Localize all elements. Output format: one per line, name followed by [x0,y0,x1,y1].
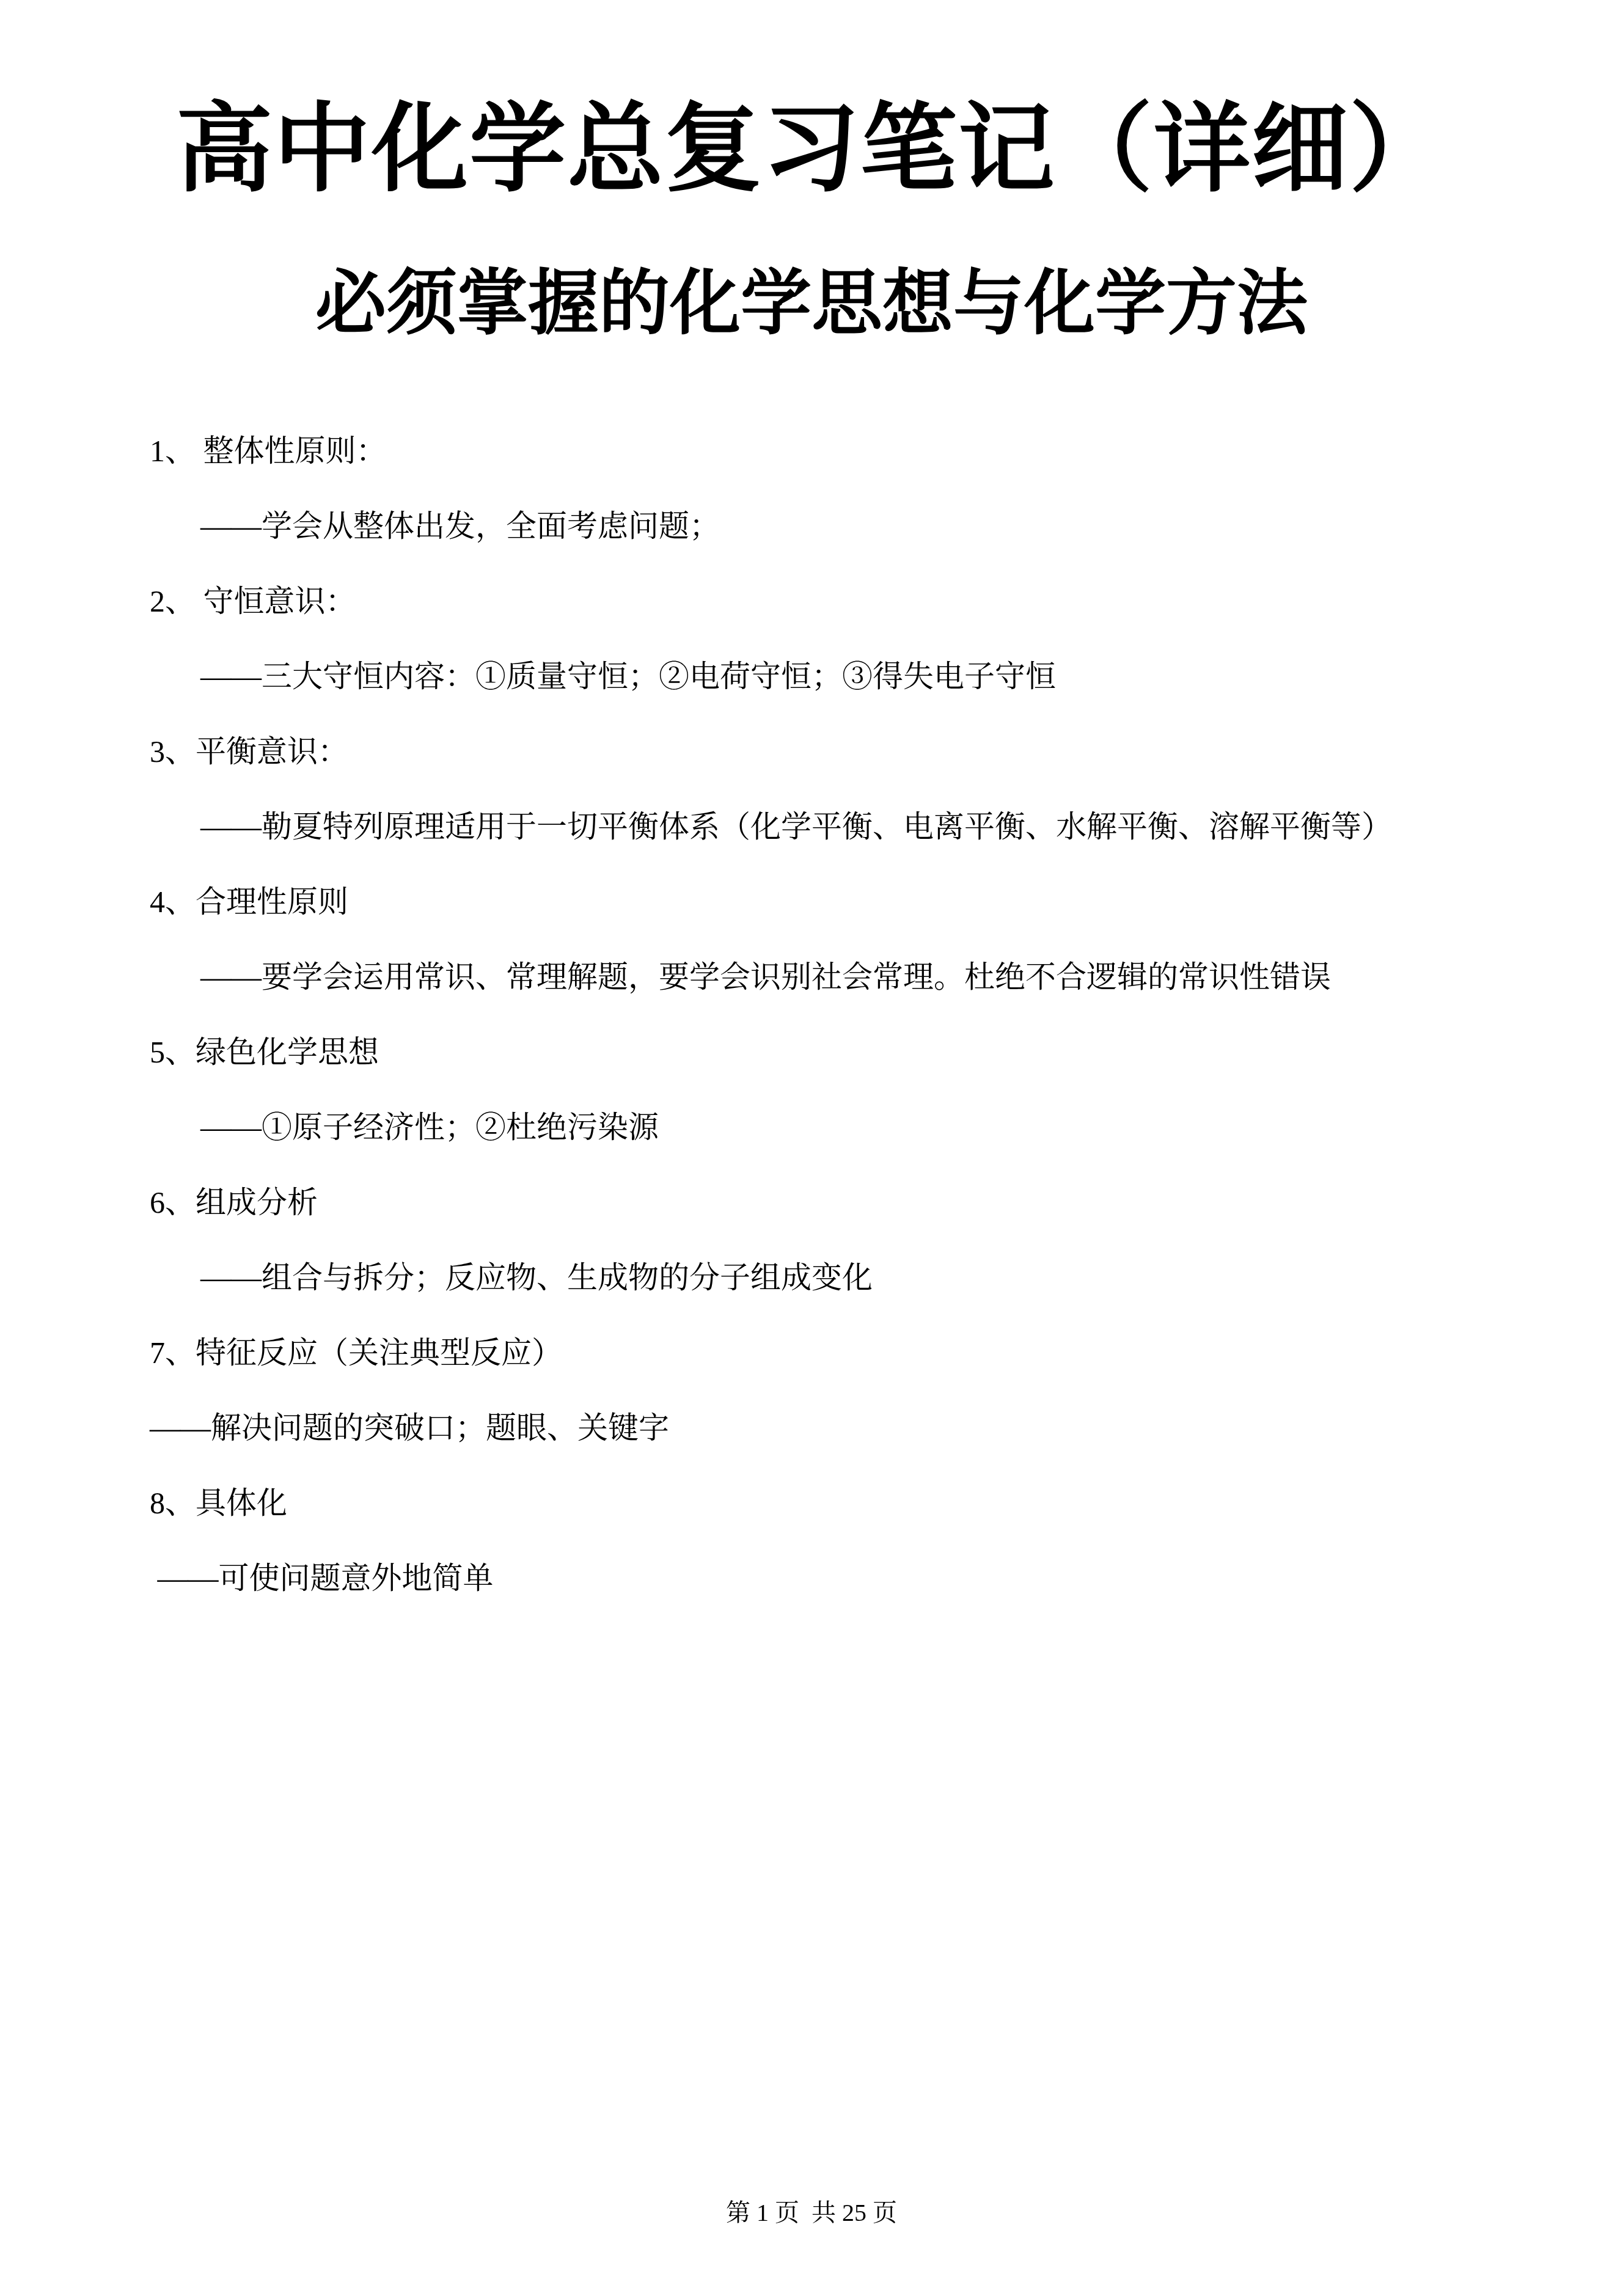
list-item-6-detail: ——组合与拆分；反应物、生成物的分子组成变化 [0,1240,1623,1315]
list-item-6-heading: 6、组成分析 [0,1165,1623,1240]
page-number-footer: 第 1 页 共 25 页 [0,2198,1623,2228]
list-item-5-detail: ——①原子经济性；②杜绝污染源 [0,1090,1623,1165]
list-item-2-heading: 2、 守恒意识： [0,564,1623,639]
list-item-7-heading: 7、特征反应（关注典型反应） [0,1315,1623,1391]
list-item-3-heading: 3、平衡意识： [0,714,1623,789]
list-item-2-detail: ——三大守恒内容：①质量守恒；②电荷守恒；③得失电子守恒 [0,639,1623,714]
page-subtitle: 必须掌握的化学思想与化学方法 [0,264,1623,345]
list-item-8-heading: 8、具体化 [0,1466,1623,1541]
list-item-4-detail: ——要学会运用常识、常理解题，要学会识别社会常理。杜绝不合逻辑的常识性错误 [0,940,1623,1015]
list-item-5-heading: 5、绿色化学思想 [0,1015,1623,1090]
list-item-3-detail: ——勒夏特列原理适用于一切平衡体系（化学平衡、电离平衡、水解平衡、溶解平衡等） [0,789,1623,865]
list-item-4-heading: 4、合理性原则 [0,865,1623,940]
page-title: 高中化学总复习笔记（详细） [0,97,1623,203]
list-item-7-detail: ——解决问题的突破口；题眼、关键字 [0,1391,1623,1466]
document-page: 高中化学总复习笔记（详细） 必须掌握的化学思想与化学方法 1、 整体性原则： —… [0,0,1623,2296]
list-item-1-heading: 1、 整体性原则： [0,414,1623,489]
list-item-8-detail: ——可使问题意外地简单 [0,1541,1623,1616]
note-list: 1、 整体性原则： ——学会从整体出发，全面考虑问题； 2、 守恒意识： ——三… [0,414,1623,1616]
list-item-1-detail: ——学会从整体出发，全面考虑问题； [0,489,1623,564]
